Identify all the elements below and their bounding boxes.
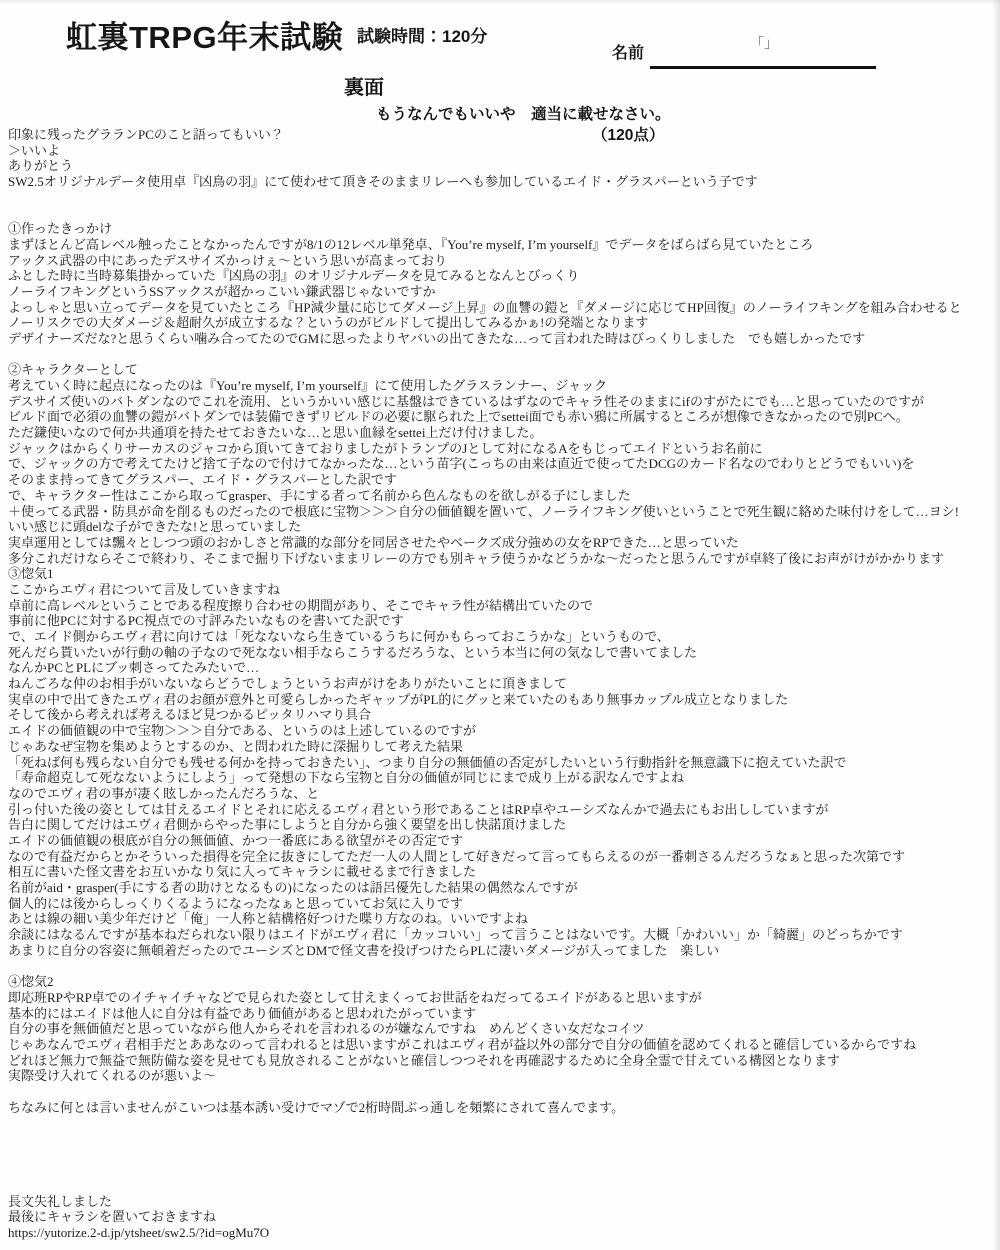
text-line	[8, 205, 998, 221]
text-line: 相互に書いた怪文書をお互いかなり気に入ってキャラシに載せるまで行きました	[8, 864, 998, 880]
text-line: 事前に他PCに対するPC視点での寸評みたいなものを書いてた訳です	[8, 613, 998, 629]
text-line: 「寿命超克して死なないようにしよう」って発想の下なら宝物と自分の価値が同じにまで…	[8, 770, 998, 786]
page-side-label: 裏面	[344, 71, 384, 100]
body-lines: 印象に残ったグラランPCのこと語ってもいい？＞いいよありがとうSW2.5オリジナ…	[8, 127, 998, 1241]
text-line: デスサイズ使いのバトダンなのでこれを流用、というかいい感じに基盤はできているはず…	[8, 394, 998, 410]
text-line: じゃあなぜ宝物を集めようとするのか、と問われた時に深掘りして考えた結果	[8, 739, 998, 755]
text-line	[8, 1131, 998, 1147]
text-line: で、キャラクター性はここから取ってgrasper、手にする者って名前から色んなも…	[8, 488, 998, 504]
text-line: いい感じに頭delな子ができたな!と思っていました	[8, 519, 998, 535]
text-line: 卓前に高レベルということである程度擦り合わせの期間があり、そこでキャラ性が結構出…	[8, 598, 998, 614]
text-line: ありがとう	[8, 158, 998, 174]
text-line	[8, 1147, 998, 1163]
text-line: なのでエヴィ君の事が凄く眩しかったんだろうな、と	[8, 786, 998, 802]
text-line: ちなみに何とは言いませんがこいつは基本誘い受けでマゾで2桁時間ぶっ通しを頻繁にさ…	[8, 1100, 998, 1116]
text-line: じゃあなんでエヴィ君相手だとああなのって言われるとは思いますがこれはエヴィ君が益…	[8, 1037, 998, 1053]
text-line	[8, 958, 998, 974]
text-line: ④惚気2	[8, 974, 998, 990]
text-line: よっしゃと思い立ってデータを見ていたところ『HP減少量に応じてダメージ上昇』の血…	[8, 300, 998, 316]
text-line: そして後から考えれば考えるほど見つかるピッタリハマり具合	[8, 707, 998, 723]
text-line: で、ジャックの方で考えてたけど捨て子なので付けてなかったな…という苗字(こっちの…	[8, 456, 998, 472]
text-line: ビルド面で必須の血讐の鎧がバトダンでは装備できずリビルドの必要に駆られた上でse…	[8, 409, 998, 425]
text-line: ②キャラクターとして	[8, 362, 998, 378]
text-line: 余談にはなるんですが基本ねだられない限りはエイドがエヴィ君に「カッコいい」って言…	[8, 927, 998, 943]
name-underline	[650, 66, 876, 69]
scan-shading-right	[992, 0, 1000, 1250]
name-field-value[interactable]: 「」	[750, 33, 778, 53]
text-line: エイドの価値観の中で宝物＞＞＞自分である、というのは上述しているのですが	[8, 723, 998, 739]
text-line: 実際受け入れてくれるのが悪いよ～	[8, 1068, 998, 1084]
exam-sheet-page: 虹裏TRPG年末試験 試験時間：120分 名前 「」 裏面 もうなんでもいいや …	[0, 0, 1000, 1250]
page-title: 虹裏TRPG年末試験	[66, 12, 343, 57]
text-line: 考えていく時に起点になったのは『You’re myself, I’m yours…	[8, 378, 998, 394]
text-line: 「死ねば何も残らない自分でも残せる何かを持っておきたい」、つまり自分の無価値の否…	[8, 755, 998, 771]
text-line: あとは線の細い美少年だけど「俺」一人称と結構格好つけた喋り方なのね。いいですよね	[8, 911, 998, 927]
text-line: 個人的には後からしっくりくるようになったなぁと思っていてお気に入りです	[8, 896, 998, 912]
text-line: ここからエヴィ君について言及していきますね	[8, 582, 998, 598]
text-line: 告白に関してだけはエヴィ君側からやった事にしようと自分から強く要望を出し快諾頂け…	[8, 817, 998, 833]
text-line: ＋使ってる武器・防具が命を削るものだったので根底に宝物＞＞＞自分の価値観を置いて…	[8, 504, 998, 520]
text-line	[8, 1084, 998, 1100]
text-line: ③惚気1	[8, 566, 998, 582]
scan-shading-top	[0, 0, 1000, 5]
text-line: 基本的にはエイドは他人に自分は有益であり価値があると思われたがっています	[8, 1006, 998, 1022]
text-line: 名前がaid・grasper(手にする者の助けとなるもの)になったのは語呂優先し…	[8, 880, 998, 896]
name-label: 名前	[612, 40, 644, 63]
text-line: 最後にキャラシを置いておきますね	[8, 1209, 998, 1225]
text-line: まずほとんど高レベル触ったことなかったんですが8/1の12レベル単発卓、『You…	[8, 237, 998, 253]
text-line	[8, 1115, 998, 1131]
text-line: どれほど無力で無益で無防備な姿を見せても見放されることがないと確信しつつそれを再…	[8, 1053, 998, 1069]
text-line: なので有益だからとかそういった損得を完全に抜きにしてただ一人の人間として好きだっ…	[8, 849, 998, 865]
text-line: アックス武器の中にあったデスサイズかっけぇ～という思いが高まっており	[8, 253, 998, 269]
text-line: 実卓の中で出てきたエヴィ君のお顔が意外と可愛らしかったギャップがPL的にグッと来…	[8, 692, 998, 708]
text-line	[8, 190, 998, 206]
exam-duration: 試験時間：120分	[357, 22, 487, 47]
text-line: 多分これだけならそこで終わり、そこまで掘り下げないままリレーの方でも別キャラ使う…	[8, 551, 998, 567]
text-line: デザイナーズだな?と思うくらい噛み合ってたのでGMに思ったよりヤバいの出てきたな…	[8, 331, 998, 347]
text-line: ふとした時に当時募集掛かっていた『凶鳥の羽』のオリジナルデータを見てみるとなんと…	[8, 268, 998, 284]
text-line: なんかPCとPLにブッ刺さってたみたいで…	[8, 660, 998, 676]
text-line: 死んだら貰いたいが行動の軸の子なので死なない相手ならこうするだろうな、という本当…	[8, 645, 998, 661]
character-sheet-url: https://yutorize.2-d.jp/ytsheet/sw2.5/?i…	[8, 1225, 998, 1241]
text-line	[8, 347, 998, 363]
text-line: ねんごろな仲のお相手がいないならどうでしょうというお声がけをありがたいことに頂き…	[8, 676, 998, 692]
text-line: ただ鎌使いなので何か共通項を持たせておきたいな…と思い血縁をsettei上だけ付…	[8, 425, 998, 441]
text-line: ノーライフキングというSSアックスが超かっこいい鎌武器じゃないですか	[8, 284, 998, 300]
text-line: あまりに自分の容姿に無頓着だったのでユーシズとDMで怪文書を投げつけたらPLに凄…	[8, 943, 998, 959]
text-line: で、エイド側からエヴィ君に向けては「死なないなら生きているうちに何かもらっておこ…	[8, 629, 998, 645]
text-line: 即応班RPやRP卓でのイチャイチャなどで見られた姿として甘えまくってお世話をねだ…	[8, 990, 998, 1006]
text-line: ノーリスクでの大ダメージ＆超耐久が成立するな？というのがビルドして提出してみるか…	[8, 315, 998, 331]
text-line	[8, 1162, 998, 1178]
text-line: 引っ付いた後の姿としては甘えるエイドとそれに応えるエヴィ君という形であることはR…	[8, 802, 998, 818]
text-line: 自分の事を無価値だと思っていながら他人からそれを言われるのが嫌なんですね めんど…	[8, 1021, 998, 1037]
text-line	[8, 1178, 998, 1194]
text-line: 長文失礼しました	[8, 1194, 998, 1210]
exam-instruction: もうなんでもいいや 適当に載せなさい。	[376, 102, 671, 124]
text-line: SW2.5オリジナルデータ使用卓『凶鳥の羽』にて使わせて頂きそのままリレーへも参…	[8, 174, 998, 190]
text-line: 実卓運用としては飄々としつつ頭のおかしさと常識的な部分を同居させたやベークズ成分…	[8, 535, 998, 551]
text-line: ＞いいよ	[8, 143, 998, 159]
text-line: ジャックはからくりサーカスのジャコから頂いてきておりましたがトランプのJとして対…	[8, 441, 998, 457]
text-line: そのまま持ってきてグラスパー、エイド・グラスパーとした訳です	[8, 472, 998, 488]
text-line: エイドの価値観の根底が自分の無価値、かつ一番底にある欲望がその否定です	[8, 833, 998, 849]
text-line: 印象に残ったグラランPCのこと語ってもいい？	[8, 127, 998, 143]
text-line: ①作ったきっかけ	[8, 221, 998, 237]
